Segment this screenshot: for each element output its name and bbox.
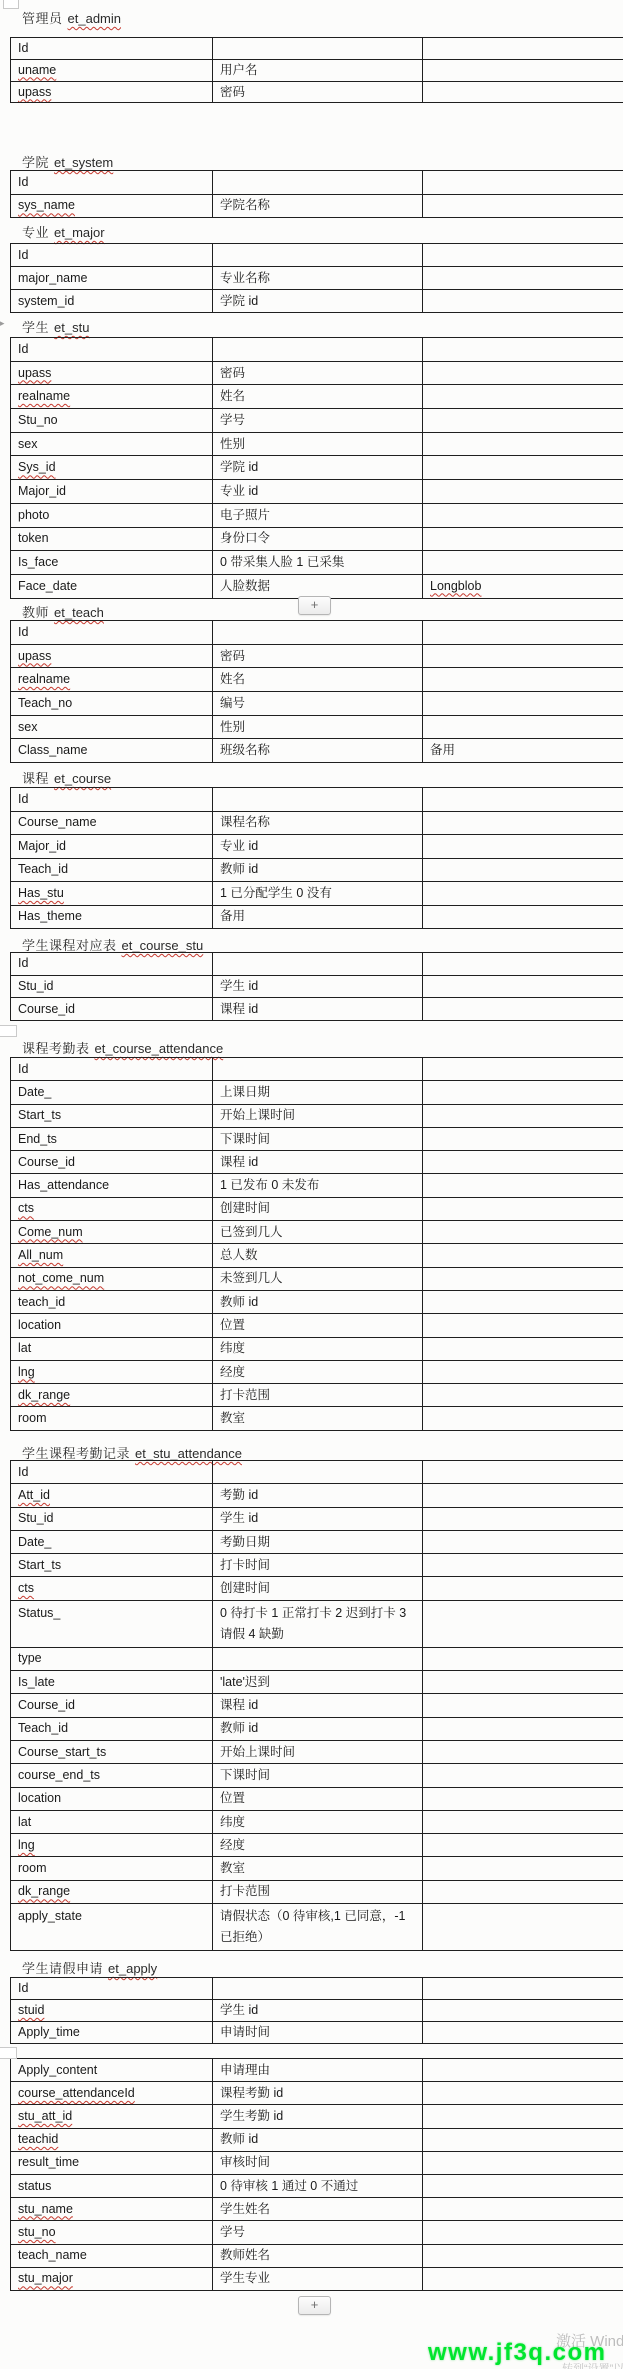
table-row: Has_theme备用 <box>10 906 623 930</box>
field-desc-cell: 经度 <box>213 1834 423 1856</box>
field-extra-cell <box>423 645 623 668</box>
field-desc-text: 教师 id <box>220 2129 258 2150</box>
table-row: sex性别 <box>10 716 623 740</box>
table-title-zh: 学院 <box>22 155 49 170</box>
field-extra-cell <box>423 998 623 1020</box>
field-name-cell: teach_id <box>10 1291 213 1313</box>
field-extra-cell <box>423 290 623 312</box>
field-desc-cell: 姓名 <box>213 385 423 408</box>
field-desc-cell: 电子照片 <box>213 504 423 527</box>
table-row: Has_attendance1 已发布 0 未发布 <box>10 1174 623 1197</box>
field-name-text: lat <box>18 1338 31 1359</box>
site-watermark: www.jf3q.com <box>428 2339 606 2367</box>
field-name-text: realname <box>18 669 70 690</box>
field-desc-cell: 课程 id <box>213 1151 423 1173</box>
field-extra-cell <box>423 2152 623 2174</box>
field-extra-cell <box>423 1407 623 1429</box>
table-row: apply_state请假状态（0 待审核,1 已同意，-1 已拒绝） <box>10 1904 623 1951</box>
field-name-cell: location <box>10 1314 213 1336</box>
field-desc-cell: 请假状态（0 待审核,1 已同意，-1 已拒绝） <box>213 1904 423 1950</box>
field-desc-cell <box>213 1648 423 1670</box>
table-row: Status_0 待打卡 1 正常打卡 2 迟到打卡 3 请假 4 缺勤 <box>10 1601 623 1648</box>
field-desc-text: 开始上课时间 <box>220 1105 295 1126</box>
field-desc-cell: 专业 id <box>213 835 423 858</box>
field-desc-cell: 密码 <box>213 82 423 103</box>
field-name-cell: cts <box>10 1198 213 1220</box>
field-desc-cell: 0 待审核 1 通过 0 不通过 <box>213 2175 423 2197</box>
field-name-cell: Stu_no <box>10 409 213 432</box>
field-desc-text: 上课日期 <box>220 1082 270 1103</box>
field-desc-cell <box>213 1058 423 1080</box>
field-name-text: Course_id <box>18 1695 75 1716</box>
field-desc-cell: 学号 <box>213 409 423 432</box>
field-desc-text: 学号 <box>220 410 245 431</box>
field-name-text: Status_ <box>18 1606 60 1620</box>
schema-table-et_stu: Idupass密码realname姓名Stu_no学号sex性别Sys_id学院… <box>10 337 623 599</box>
table-heading-et_major: 专业et_major <box>22 222 105 238</box>
field-desc-cell: 考勤 id <box>213 1484 423 1506</box>
field-extra-cell <box>423 1291 623 1313</box>
field-name-cell: photo <box>10 504 213 527</box>
field-desc-cell: 教师 id <box>213 859 423 882</box>
field-name-text: Teach_no <box>18 693 72 714</box>
table-row: Course_id课程 id <box>10 1151 623 1174</box>
field-extra-cell <box>423 953 623 975</box>
field-name-cell: token <box>10 528 213 551</box>
field-name-text: cts <box>18 1578 34 1599</box>
table-heading-et_course_attendance: 课程考勤表et_course_attendance <box>22 1038 223 1054</box>
table-row: Is_face0 带采集人脸 1 已采集 <box>10 551 623 575</box>
field-desc-cell: 学生姓名 <box>213 2198 423 2220</box>
field-desc-text: 课程 id <box>220 999 258 1020</box>
field-extra-cell <box>423 621 623 644</box>
field-desc-text: 开始上课时间 <box>220 1742 295 1763</box>
table-row: Att_id考勤 id <box>10 1484 623 1507</box>
field-desc-text: 打卡范围 <box>220 1881 270 1902</box>
field-name-cell: Has_stu <box>10 882 213 905</box>
field-desc-cell: 课程 id <box>213 998 423 1020</box>
table-row: Id <box>10 953 623 976</box>
field-name-cell: Teach_id <box>10 859 213 882</box>
table-row: Id <box>10 244 623 267</box>
table-row: stu_name学生姓名 <box>10 2198 623 2221</box>
field-name-text: Course_id <box>18 999 75 1020</box>
table-title-zh: 课程考勤表 <box>22 1041 90 1056</box>
field-name-cell: Id <box>10 953 213 975</box>
field-extra-cell <box>423 2175 623 2197</box>
field-extra-cell <box>423 1788 623 1810</box>
field-name-text: room <box>18 1408 46 1429</box>
field-extra-cell <box>423 2022 623 2043</box>
field-desc-cell: 打卡时间 <box>213 1554 423 1576</box>
field-desc-cell: 1 已分配学生 0 没有 <box>213 882 423 905</box>
field-name-text: stu_name <box>18 2199 73 2220</box>
field-name-cell: lat <box>10 1811 213 1833</box>
field-desc-cell: 打卡范围 <box>213 1384 423 1406</box>
field-name-cell: Major_id <box>10 480 213 503</box>
field-extra-cell <box>423 2105 623 2127</box>
field-extra-cell <box>423 2129 623 2151</box>
table-row: course_end_ts下课时间 <box>10 1764 623 1787</box>
field-name-text: photo <box>18 505 49 526</box>
table-heading-et_stu: 学生et_stu <box>22 317 89 333</box>
field-desc-cell: 专业名称 <box>213 267 423 289</box>
field-desc-cell: 0 带采集人脸 1 已采集 <box>213 551 423 574</box>
field-desc-text: 学生姓名 <box>220 2199 270 2220</box>
field-name-cell: Teach_id <box>10 1718 213 1740</box>
field-extra-cell <box>423 2268 623 2290</box>
field-extra-cell <box>423 2245 623 2267</box>
field-name-cell: uname <box>10 60 213 81</box>
table-row: lat纬度 <box>10 1811 623 1834</box>
table-row: major_name专业名称 <box>10 267 623 290</box>
table-heading-et_apply: 学生请假申请et_apply <box>22 1958 157 1974</box>
field-name-text: location <box>18 1315 61 1336</box>
table-row: stuid学生 id <box>10 2000 623 2022</box>
field-name-cell: All_num <box>10 1244 213 1266</box>
field-extra-cell <box>423 528 623 551</box>
insert-table-button-bottom[interactable]: + <box>298 2296 331 2315</box>
field-desc-text: 姓名 <box>220 386 245 407</box>
table-heading-et_course: 课程et_course <box>22 768 111 784</box>
field-name-cell: Has_theme <box>10 906 213 929</box>
field-desc-text: 电子照片 <box>220 505 270 526</box>
field-name-text: stu_att_id <box>18 2106 72 2127</box>
field-extra-cell <box>423 1338 623 1360</box>
field-desc-cell: 下课时间 <box>213 1128 423 1150</box>
table-title-zh: 学生课程对应表 <box>22 938 117 953</box>
table-row: upass密码 <box>10 82 623 104</box>
field-desc-text: 申请时间 <box>220 2022 270 2043</box>
field-name-text: Is_face <box>18 552 58 573</box>
field-name-cell: End_ts <box>10 1128 213 1150</box>
field-name-cell: result_time <box>10 2152 213 2174</box>
field-desc-text: 学生 id <box>220 2000 258 2021</box>
field-desc-cell: 性别 <box>213 716 423 739</box>
field-name-cell: upass <box>10 82 213 103</box>
field-desc-text: 密码 <box>220 646 245 667</box>
field-name-cell: sys_name <box>10 195 213 218</box>
table-name-en: et_teach <box>54 605 104 620</box>
field-extra-cell <box>423 1484 623 1506</box>
field-name-text: result_time <box>18 2152 79 2173</box>
table-row: Id <box>10 788 623 812</box>
table-title-zh: 专业 <box>22 225 49 240</box>
field-extra-cell <box>423 812 623 835</box>
table-row: Major_id专业 id <box>10 835 623 859</box>
field-desc-cell: 申请时间 <box>213 2022 423 2043</box>
field-extra-cell: Longblob <box>423 575 623 598</box>
field-extra-cell <box>423 1081 623 1103</box>
table-name-en: et_system <box>54 155 113 170</box>
table-row: Stu_no学号 <box>10 409 623 433</box>
table-row: teach_id教师 id <box>10 1291 623 1314</box>
field-desc-cell: 编号 <box>213 692 423 715</box>
field-name-cell: teach_name <box>10 2245 213 2267</box>
field-name-cell: Course_start_ts <box>10 1741 213 1763</box>
field-extra-cell <box>423 267 623 289</box>
field-name-text: Start_ts <box>18 1105 61 1126</box>
table-row: stu_att_id学生考勤 id <box>10 2105 623 2128</box>
table-row: Course_id课程 id <box>10 998 623 1021</box>
field-name-cell: realname <box>10 668 213 691</box>
table-row: upass密码 <box>10 645 623 669</box>
field-extra-cell <box>423 1857 623 1879</box>
field-desc-text: 学院 id <box>220 291 258 312</box>
field-desc-cell: 教师姓名 <box>213 2245 423 2267</box>
field-name-cell: Class_name <box>10 739 213 762</box>
field-name-cell: status <box>10 2175 213 2197</box>
page-break-marker-2 <box>0 2047 17 2059</box>
field-extra-cell <box>423 1361 623 1383</box>
field-name-cell: Course_name <box>10 812 213 835</box>
field-name-cell: lng <box>10 1834 213 1856</box>
field-extra-cell <box>423 1904 623 1950</box>
field-desc-text: 学生 id <box>220 976 258 997</box>
field-name-text: token <box>18 528 49 549</box>
field-name-cell: major_name <box>10 267 213 289</box>
field-extra-cell <box>423 1741 623 1763</box>
table-row: not_come_num未签到几人 <box>10 1268 623 1291</box>
field-name-cell: Date_ <box>10 1081 213 1103</box>
field-extra-cell <box>423 788 623 811</box>
field-name-cell: sex <box>10 433 213 456</box>
table-row: Come_num已签到几人 <box>10 1221 623 1244</box>
field-desc-text: 0 待打卡 1 正常打卡 2 迟到打卡 3 请假 4 缺勤 <box>220 1606 406 1641</box>
field-desc-cell: 班级名称 <box>213 739 423 762</box>
field-extra-cell <box>423 1221 623 1243</box>
field-desc-cell: 开始上课时间 <box>213 1105 423 1127</box>
field-extra-cell <box>423 1058 623 1080</box>
field-name-cell: apply_state <box>10 1904 213 1950</box>
table-row: Is_late'late'迟到 <box>10 1671 623 1694</box>
table-row: Stu_id学生 id <box>10 1508 623 1531</box>
table-row: Sys_id学院 id <box>10 456 623 480</box>
field-name-cell: lng <box>10 1361 213 1383</box>
field-extra-cell <box>423 38 623 59</box>
field-name-cell: stuid <box>10 2000 213 2021</box>
field-desc-cell: 用户名 <box>213 60 423 81</box>
table-title-zh: 管理员 <box>22 11 63 26</box>
field-name-text: upass <box>18 646 51 667</box>
table-row: Id <box>10 1461 623 1484</box>
field-desc-cell <box>213 38 423 59</box>
field-extra-cell <box>423 1601 623 1647</box>
schema-table-et_course_attendance: IdDate_上课日期Start_ts开始上课时间End_ts下课时间Cours… <box>10 1057 623 1431</box>
field-name-cell: Course_id <box>10 1694 213 1716</box>
table-row: sys_name学院名称 <box>10 195 623 219</box>
field-desc-text: 课程考勤 id <box>220 2083 283 2104</box>
field-desc-cell <box>213 244 423 266</box>
field-desc-cell: 学生 id <box>213 1508 423 1530</box>
field-desc-text: 下课时间 <box>220 1129 270 1150</box>
field-desc-text: 教师 id <box>220 859 258 880</box>
field-desc-text: 学院名称 <box>220 195 270 216</box>
field-name-cell: dk_range <box>10 1881 213 1903</box>
field-name-cell: Id <box>10 788 213 811</box>
field-extra-cell <box>423 2059 623 2081</box>
table-row: End_ts下课时间 <box>10 1128 623 1151</box>
field-extra-cell <box>423 976 623 998</box>
schema-table-et_apply: Apply_content申请理由course_attendanceId课程考勤… <box>10 2058 623 2291</box>
field-name-text: major_name <box>18 268 87 289</box>
table-row: Id <box>10 1058 623 1081</box>
schema-table-et_course: IdCourse_name课程名称Major_id专业 idTeach_id教师… <box>10 787 623 929</box>
field-extra-cell <box>423 2082 623 2104</box>
field-desc-cell: 0 待打卡 1 正常打卡 2 迟到打卡 3 请假 4 缺勤 <box>213 1601 423 1647</box>
field-name-text: uname <box>18 60 56 81</box>
field-name-text: Id <box>18 953 28 974</box>
field-desc-cell: 下课时间 <box>213 1764 423 1786</box>
table-row: Face_date人脸数据Longblob <box>10 575 623 599</box>
field-extra-cell <box>423 1577 623 1599</box>
field-extra-cell <box>423 551 623 574</box>
field-name-cell: location <box>10 1788 213 1810</box>
field-name-cell: Start_ts <box>10 1554 213 1576</box>
table-row: status0 待审核 1 通过 0 不通过 <box>10 2175 623 2198</box>
field-extra-cell <box>423 1834 623 1856</box>
table-name-en: et_stu_attendance <box>135 1446 242 1461</box>
field-name-text: Has_stu <box>18 883 64 904</box>
field-desc-cell: 密码 <box>213 645 423 668</box>
field-extra-cell <box>423 1554 623 1576</box>
table-name-en: et_major <box>54 225 105 240</box>
field-name-text: lat <box>18 1812 31 1833</box>
table-row: result_time审核时间 <box>10 2152 623 2175</box>
field-name-text: Id <box>18 1059 28 1080</box>
field-name-cell: Major_id <box>10 835 213 858</box>
field-desc-cell: 已签到几人 <box>213 1221 423 1243</box>
field-name-text: lng <box>18 1835 35 1856</box>
table-heading-et_teach: 教师et_teach <box>22 602 104 618</box>
table-row: dk_range打卡范围 <box>10 1881 623 1904</box>
field-name-cell: stu_major <box>10 2268 213 2290</box>
table-row: Course_id课程 id <box>10 1694 623 1717</box>
field-desc-text: 位置 <box>220 1315 245 1336</box>
field-name-cell: Date_ <box>10 1531 213 1553</box>
field-name-cell: Course_id <box>10 1151 213 1173</box>
field-desc-text: 总人数 <box>220 1245 258 1266</box>
table-name-en: et_course_stu <box>122 938 204 953</box>
field-name-cell: Id <box>10 38 213 59</box>
schema-table-et_course_stu: IdStu_id学生 idCourse_id课程 id <box>10 952 623 1021</box>
table-row: cts创建时间 <box>10 1198 623 1221</box>
schema-table-et_admin: Iduname用户名upass密码 <box>10 37 623 103</box>
field-desc-text: 密码 <box>220 363 245 384</box>
field-desc-text: 班级名称 <box>220 740 270 761</box>
field-desc-cell: 人脸数据 <box>213 575 423 598</box>
field-name-text: stu_no <box>18 2222 56 2243</box>
field-name-cell: sex <box>10 716 213 739</box>
field-extra-cell <box>423 716 623 739</box>
field-name-text: All_num <box>18 1245 63 1266</box>
field-extra-cell <box>423 668 623 691</box>
field-desc-text: 位置 <box>220 1788 245 1809</box>
field-name-text: system_id <box>18 291 74 312</box>
field-name-cell: Id <box>10 1978 213 1999</box>
table-row: realname姓名 <box>10 668 623 692</box>
field-desc-text: 考勤 id <box>220 1485 258 1506</box>
field-name-cell: Teach_no <box>10 692 213 715</box>
field-name-text: Face_date <box>18 576 77 597</box>
table-row: Id <box>10 621 623 645</box>
field-name-cell: stu_no <box>10 2221 213 2243</box>
field-name-cell: realname <box>10 385 213 408</box>
field-desc-cell: 学生考勤 id <box>213 2105 423 2127</box>
field-extra-cell <box>423 362 623 385</box>
field-name-cell: stu_att_id <box>10 2105 213 2127</box>
field-desc-text: 备用 <box>220 906 245 927</box>
table-row: Teach_id教师 id <box>10 1718 623 1741</box>
field-name-text: Apply_content <box>18 2060 97 2081</box>
field-name-text: type <box>18 1648 42 1669</box>
field-desc-cell: 教室 <box>213 1407 423 1429</box>
field-name-text: Course_id <box>18 1152 75 1173</box>
table-row: Course_start_ts开始上课时间 <box>10 1741 623 1764</box>
field-desc-cell: 教室 <box>213 1857 423 1879</box>
field-extra-cell <box>423 480 623 503</box>
field-name-text: Id <box>18 245 28 266</box>
field-desc-cell: 总人数 <box>213 1244 423 1266</box>
table-row: Start_ts开始上课时间 <box>10 1105 623 1128</box>
table-row: All_num总人数 <box>10 1244 623 1267</box>
field-name-text: course_end_ts <box>18 1765 100 1786</box>
field-name-text: sex <box>18 717 37 738</box>
field-desc-cell: 教师 id <box>213 2129 423 2151</box>
field-name-text: End_ts <box>18 1129 57 1150</box>
table-title-zh: 学生 <box>22 320 49 335</box>
field-name-text: Major_id <box>18 481 66 502</box>
field-name-text: dk_range <box>18 1385 70 1406</box>
field-extra-cell <box>423 1508 623 1530</box>
field-extra-cell <box>423 692 623 715</box>
field-name-cell: upass <box>10 645 213 668</box>
field-name-cell: room <box>10 1407 213 1429</box>
field-name-text: stu_major <box>18 2268 73 2289</box>
field-desc-cell: 备用 <box>213 906 423 929</box>
field-desc-text: 纬度 <box>220 1338 245 1359</box>
field-desc-cell: 纬度 <box>213 1338 423 1360</box>
field-name-cell: system_id <box>10 290 213 312</box>
field-name-text: upass <box>18 363 51 384</box>
field-name-cell: cts <box>10 1577 213 1599</box>
field-desc-text: 教师 id <box>220 1292 258 1313</box>
field-desc-text: 1 已分配学生 0 没有 <box>220 883 332 904</box>
field-name-text: Is_late <box>18 1672 55 1693</box>
field-name-text: cts <box>18 1198 34 1219</box>
field-name-text: Course_start_ts <box>18 1742 106 1763</box>
field-extra-cell <box>423 1811 623 1833</box>
field-name-cell: dk_range <box>10 1384 213 1406</box>
field-desc-text: 课程 id <box>220 1695 258 1716</box>
insert-table-button-top[interactable]: + <box>298 596 331 615</box>
field-desc-cell: 课程 id <box>213 1694 423 1716</box>
field-desc-text: 0 待审核 1 通过 0 不通过 <box>220 2176 358 2197</box>
field-name-cell: Id <box>10 1058 213 1080</box>
field-desc-text: 学生考勤 id <box>220 2106 283 2127</box>
field-desc-cell: 学生 id <box>213 976 423 998</box>
field-name-cell: Course_id <box>10 998 213 1020</box>
field-name-text: Class_name <box>18 740 87 761</box>
field-name-text: realname <box>18 386 70 407</box>
table-heading-et_course_stu: 学生课程对应表et_course_stu <box>22 935 203 951</box>
page-break-marker-1 <box>0 1025 17 1037</box>
field-desc-cell: 'late'迟到 <box>213 1671 423 1693</box>
field-desc-cell <box>213 171 423 194</box>
field-extra-cell <box>423 1764 623 1786</box>
table-row: Date_考勤日期 <box>10 1531 623 1554</box>
field-extra-cell <box>423 433 623 456</box>
